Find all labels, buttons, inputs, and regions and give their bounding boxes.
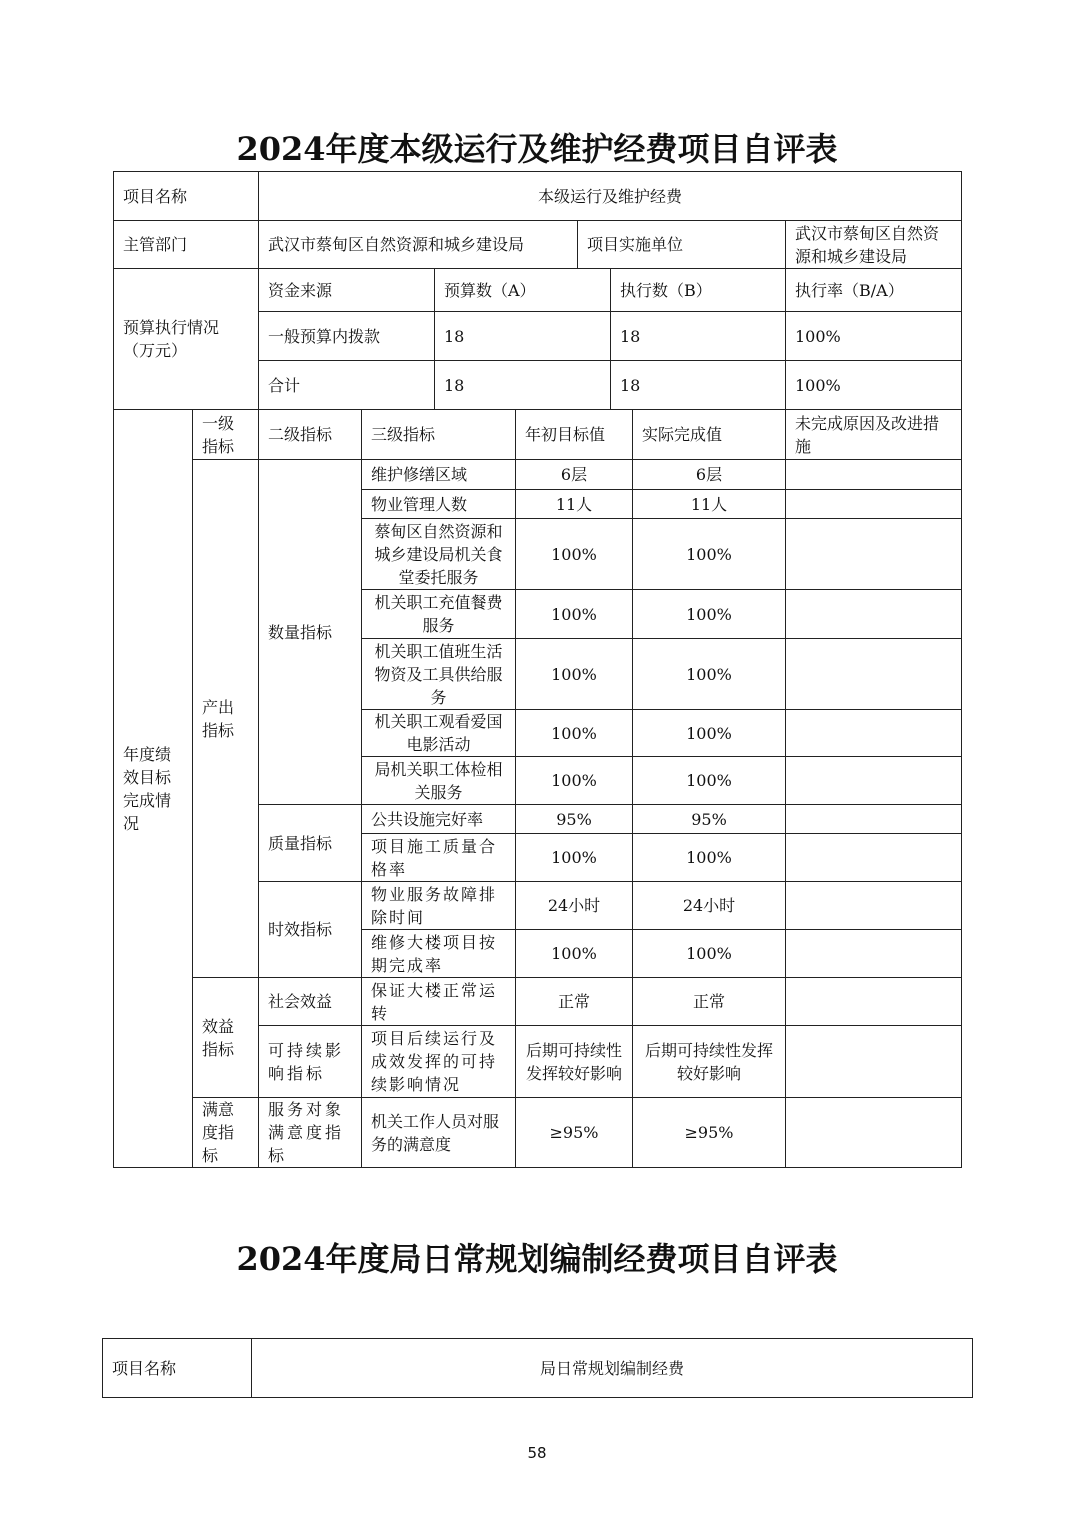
dept-label: 主管部门 <box>113 220 259 269</box>
indicator-name: 项目后续运行及成效发挥的可持续影响情况 <box>361 1025 516 1098</box>
level1-output: 产出指标 <box>192 459 259 978</box>
budget-label: 预算执行情况（万元） <box>113 268 259 410</box>
indicator-name: 物业服务故障排除时间 <box>361 881 516 930</box>
indicator-target: 100% <box>515 518 633 590</box>
table2-project-name-label: 项目名称 <box>102 1338 252 1398</box>
indicator-name: 保证大楼正常运转 <box>361 977 516 1026</box>
level2-quantity: 数量指标 <box>258 459 362 805</box>
perf-header: 二级指标 <box>258 409 362 460</box>
indicator-name: 物业管理人数 <box>361 489 516 519</box>
indicator-actual: 100% <box>632 709 786 757</box>
indicator-target: ≥95% <box>515 1097 633 1168</box>
impl-unit-label: 项目实施单位 <box>577 220 786 269</box>
indicator-reason <box>785 1097 962 1168</box>
level2-sustainable: 可持续影响指标 <box>258 1025 362 1098</box>
indicator-actual: 100% <box>632 589 786 639</box>
budget-cell: 合计 <box>258 360 435 410</box>
indicator-actual: 6层 <box>632 459 786 490</box>
indicator-actual: 100% <box>632 929 786 978</box>
indicator-name: 机关职工充值餐费服务 <box>361 589 516 639</box>
budget-cell: 18 <box>610 311 786 361</box>
indicator-target: 100% <box>515 756 633 805</box>
indicator-reason <box>785 756 962 805</box>
indicator-reason <box>785 833 962 882</box>
indicator-reason <box>785 489 962 519</box>
indicator-target: 100% <box>515 929 633 978</box>
indicator-actual: 后期可持续性发挥较好影响 <box>632 1025 786 1098</box>
indicator-name: 项目施工质量合格率 <box>361 833 516 882</box>
indicator-name: 蔡甸区自然资源和城乡建设局机关食堂委托服务 <box>361 518 516 590</box>
table2-title: 2024年度局日常规划编制经费项目自评表 <box>0 1234 1074 1280</box>
indicator-reason <box>785 459 962 490</box>
indicator-reason <box>785 1025 962 1098</box>
indicator-name: 公共设施完好率 <box>361 804 516 834</box>
indicator-target: 正常 <box>515 977 633 1026</box>
indicator-reason <box>785 881 962 930</box>
indicator-reason <box>785 977 962 1026</box>
indicator-name: 机关工作人员对服务的满意度 <box>361 1097 516 1168</box>
indicator-target: 95% <box>515 804 633 834</box>
indicator-target: 100% <box>515 589 633 639</box>
budget-cell: 18 <box>434 360 611 410</box>
impl-unit-value: 武汉市蔡甸区自然资源和城乡建设局 <box>785 220 962 269</box>
indicator-actual: 24小时 <box>632 881 786 930</box>
indicator-actual: 100% <box>632 833 786 882</box>
indicator-reason <box>785 638 962 710</box>
level2-social: 社会效益 <box>258 977 362 1026</box>
budget-cell: 18 <box>434 311 611 361</box>
perf-label: 年度绩效目标完成情况 <box>113 409 193 1168</box>
indicator-name: 局机关职工体检相关服务 <box>361 756 516 805</box>
level1-satisfaction: 满意度指标 <box>192 1097 259 1168</box>
indicator-target: 24小时 <box>515 881 633 930</box>
indicator-target: 100% <box>515 638 633 710</box>
level2-quality: 质量指标 <box>258 804 362 882</box>
perf-header: 未完成原因及改进措施 <box>785 409 962 460</box>
indicator-target: 11人 <box>515 489 633 519</box>
budget-header: 资金来源 <box>258 268 435 312</box>
indicator-name: 维护修缮区域 <box>361 459 516 490</box>
budget-header: 执行数（B） <box>610 268 786 312</box>
indicator-actual: 100% <box>632 756 786 805</box>
budget-header: 执行率（B/A） <box>785 268 962 312</box>
indicator-actual: 95% <box>632 804 786 834</box>
perf-header: 年初目标值 <box>515 409 633 460</box>
level1-benefit: 效益指标 <box>192 977 259 1098</box>
indicator-target: 100% <box>515 709 633 757</box>
budget-cell: 一般预算内拨款 <box>258 311 435 361</box>
budget-cell: 100% <box>785 360 962 410</box>
indicator-target: 100% <box>515 833 633 882</box>
indicator-reason <box>785 589 962 639</box>
indicator-target: 后期可持续性发挥较好影响 <box>515 1025 633 1098</box>
indicator-name: 维修大楼项目按期完成率 <box>361 929 516 978</box>
indicator-reason <box>785 709 962 757</box>
indicator-actual: 100% <box>632 518 786 590</box>
indicator-actual: 11人 <box>632 489 786 519</box>
level2-timeliness: 时效指标 <box>258 881 362 978</box>
perf-header: 三级指标 <box>361 409 516 460</box>
budget-cell: 18 <box>610 360 786 410</box>
budget-cell: 100% <box>785 311 962 361</box>
project-name-value: 本级运行及维护经费 <box>258 171 962 221</box>
indicator-name: 机关职工值班生活物资及工具供给服务 <box>361 638 516 710</box>
perf-header: 实际完成值 <box>632 409 786 460</box>
indicator-name: 机关职工观看爱国电影活动 <box>361 709 516 757</box>
indicator-actual: ≥95% <box>632 1097 786 1168</box>
indicator-target: 6层 <box>515 459 633 490</box>
dept-value: 武汉市蔡甸区自然资源和城乡建设局 <box>258 220 578 269</box>
table1-title: 2024年度本级运行及维护经费项目自评表 <box>0 124 1074 170</box>
indicator-actual: 100% <box>632 638 786 710</box>
page-number: 58 <box>0 1444 1074 1462</box>
indicator-reason <box>785 804 962 834</box>
indicator-reason <box>785 518 962 590</box>
indicator-actual: 正常 <box>632 977 786 1026</box>
perf-header: 一级指标 <box>192 409 259 460</box>
project-name-label: 项目名称 <box>113 171 259 221</box>
table2-project-name-value: 局日常规划编制经费 <box>251 1338 973 1398</box>
indicator-reason <box>785 929 962 978</box>
budget-header: 预算数（A） <box>434 268 611 312</box>
level2-service-satisfaction: 服务对象满意度指标 <box>258 1097 362 1168</box>
